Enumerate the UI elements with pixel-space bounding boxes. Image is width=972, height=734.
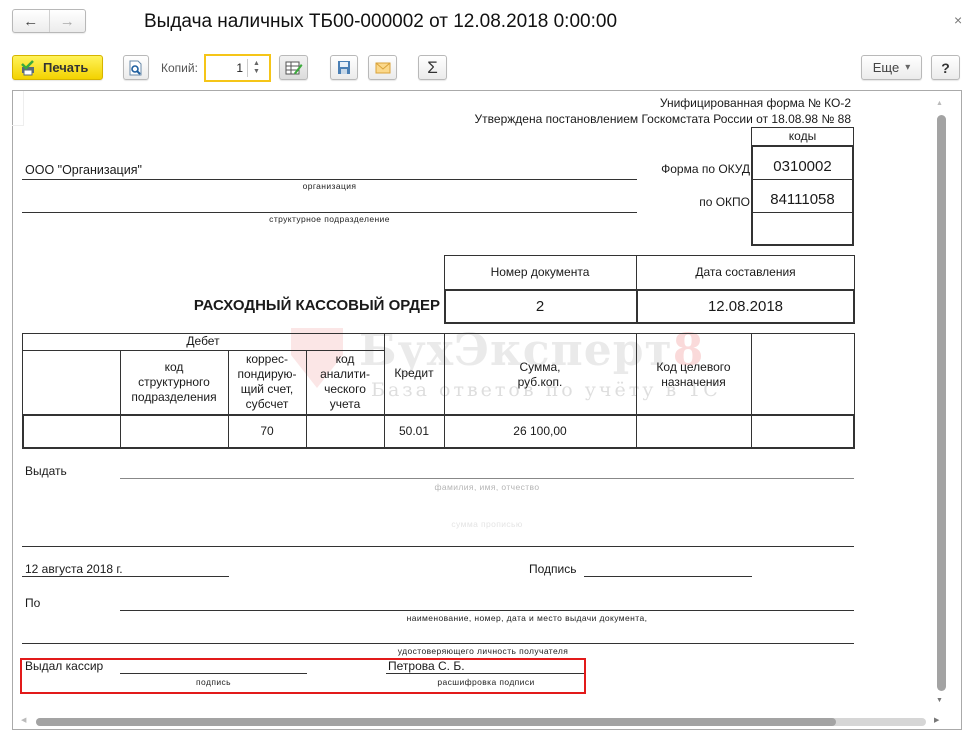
arrow-left-icon: ←: [23, 13, 38, 30]
id-doc-line: [120, 610, 854, 611]
doc-date-header: Дата составления: [636, 255, 855, 289]
spin-down-icon[interactable]: ▼: [253, 68, 260, 76]
chevron-down-icon: ▾: [905, 62, 910, 73]
window-title: Выдача наличных ТБ00-000002 от 12.08.201…: [144, 11, 617, 33]
column-header-line: щий счет,: [241, 382, 294, 397]
sum-words-line: [22, 546, 854, 547]
scroll-down-icon[interactable]: ▼: [936, 697, 943, 704]
okpo-value: 84111058: [751, 191, 854, 208]
codes-divider: [751, 212, 854, 213]
approval-label: Утверждена постановлением Госкомстата Ро…: [475, 112, 851, 126]
table-cell: 70: [228, 415, 306, 448]
codes-header: коды: [751, 129, 854, 143]
column-header-line: субсчет: [246, 397, 289, 412]
column-header-line: пондирую-: [237, 367, 296, 382]
scroll-left-icon[interactable]: ◀: [21, 716, 26, 724]
close-icon[interactable]: ×: [954, 12, 962, 28]
okpo-label: по ОКПО: [699, 195, 750, 209]
copies-value: 1: [236, 61, 243, 75]
id-doc-caption-2: удостоверяющего личность получателя: [22, 646, 854, 656]
organization-caption: организация: [22, 181, 637, 191]
sigma-icon: Σ: [427, 58, 438, 78]
column-header-line: коррес-: [246, 352, 288, 367]
table-cell: 26 100,00: [444, 415, 636, 448]
column-header: Код целевогоназначения: [636, 333, 751, 414]
column-header-line: руб.коп.: [518, 375, 563, 390]
floppy-disk-icon: [337, 60, 351, 75]
division-caption: структурное подразделение: [22, 214, 637, 224]
help-label: ?: [941, 60, 950, 76]
column-header-line: аналити-: [320, 367, 370, 382]
copies-stepper[interactable]: ▲ ▼: [247, 59, 265, 77]
doc-number-header: Номер документа: [444, 255, 636, 289]
more-label: Еще: [873, 60, 899, 75]
preview-button[interactable]: [123, 55, 149, 80]
navigation-buttons: ← →: [12, 9, 86, 33]
okud-label: Форма по ОКУД: [661, 162, 750, 176]
more-button[interactable]: Еще ▾: [861, 55, 922, 80]
sum-button[interactable]: Σ: [418, 55, 447, 80]
arrow-right-icon: →: [60, 13, 75, 30]
forward-button[interactable]: →: [49, 10, 86, 32]
sum-words-caption: сумма прописью: [120, 519, 854, 529]
doc-title: РАСХОДНЫЙ КАССОВЫЙ ОРДЕР: [194, 297, 440, 314]
column-header-line: подразделения: [131, 390, 216, 405]
okud-value: 0310002: [751, 158, 854, 175]
signature-label: Подпись: [529, 562, 577, 576]
vertical-scrollbar[interactable]: [937, 115, 946, 691]
division-line: [22, 212, 637, 213]
unified-form-label: Унифицированная форма № КО-2: [660, 96, 851, 110]
column-header-line: Кредит: [394, 366, 433, 381]
envelope-icon: [375, 62, 391, 74]
column-header-line: Сумма,: [519, 360, 560, 375]
column-header-line: учета: [330, 397, 361, 412]
fio-caption: фамилия, имя, отчество: [120, 482, 854, 492]
column-header: коданалити-ческогоучета: [306, 350, 384, 414]
column-header: [22, 350, 120, 414]
issue-label: Выдать: [25, 464, 67, 478]
column-header-line: код: [165, 360, 184, 375]
table-cell: [751, 415, 854, 448]
table-cell: [120, 415, 228, 448]
by-label: По: [25, 596, 40, 610]
id-doc-line-2: [22, 643, 854, 644]
organization-value: ООО "Организация": [25, 163, 142, 177]
id-doc-caption: наименование, номер, дата и место выдачи…: [120, 613, 854, 623]
spreadsheet-document[interactable]: Унифицированная форма № КО-2 Утверждена …: [12, 90, 962, 730]
table-cell: [306, 415, 384, 448]
table-cell: [22, 415, 120, 448]
copies-input[interactable]: 1 ▲ ▼: [204, 54, 271, 82]
column-header: кодструктурногоподразделения: [120, 350, 228, 414]
page-corner-marker: [12, 91, 24, 126]
doc-number: 2: [444, 290, 636, 323]
edit-mode-button[interactable]: [279, 55, 308, 80]
spin-up-icon[interactable]: ▲: [253, 60, 260, 68]
column-header-line: код: [336, 352, 355, 367]
help-button[interactable]: ?: [931, 55, 960, 80]
organization-line: [22, 179, 637, 180]
cashier-highlight-box: [20, 658, 586, 694]
save-button[interactable]: [330, 55, 358, 80]
doc-date: 12.08.2018: [636, 290, 855, 323]
issue-line: [120, 478, 854, 479]
date-line: [22, 576, 229, 577]
send-email-button[interactable]: [368, 55, 397, 80]
column-header: [751, 333, 854, 414]
column-header-line: ческого: [324, 382, 366, 397]
column-header: Сумма,руб.коп.: [444, 333, 636, 414]
column-header-line: Код целевого: [656, 360, 730, 375]
table-cell: 50.01: [384, 415, 444, 448]
codes-divider: [751, 179, 854, 180]
print-label: Печать: [43, 60, 88, 75]
column-header: Кредит: [384, 333, 444, 414]
printer-icon: [19, 60, 37, 76]
scroll-up-icon[interactable]: ▲: [936, 100, 943, 107]
column-header-line: назначения: [661, 375, 725, 390]
column-header-line: структурного: [138, 375, 210, 390]
table-edit-icon: [285, 60, 303, 76]
date-value: 12 августа 2018 г.: [25, 562, 123, 576]
horizontal-scrollbar[interactable]: [36, 718, 836, 726]
print-button[interactable]: Печать: [12, 55, 103, 80]
debet-header: Дебет: [22, 333, 384, 350]
copies-label: Копий:: [161, 61, 198, 75]
column-header: коррес-пондирую-щий счет,субсчет: [228, 350, 306, 414]
signature-line: [584, 576, 752, 577]
back-button[interactable]: ←: [13, 10, 49, 32]
cash-order-form: Унифицированная форма № КО-2 Утверждена …: [13, 91, 943, 711]
table-cell: [636, 415, 751, 448]
preview-icon: [129, 60, 143, 76]
scroll-right-icon[interactable]: ▶: [934, 716, 939, 724]
